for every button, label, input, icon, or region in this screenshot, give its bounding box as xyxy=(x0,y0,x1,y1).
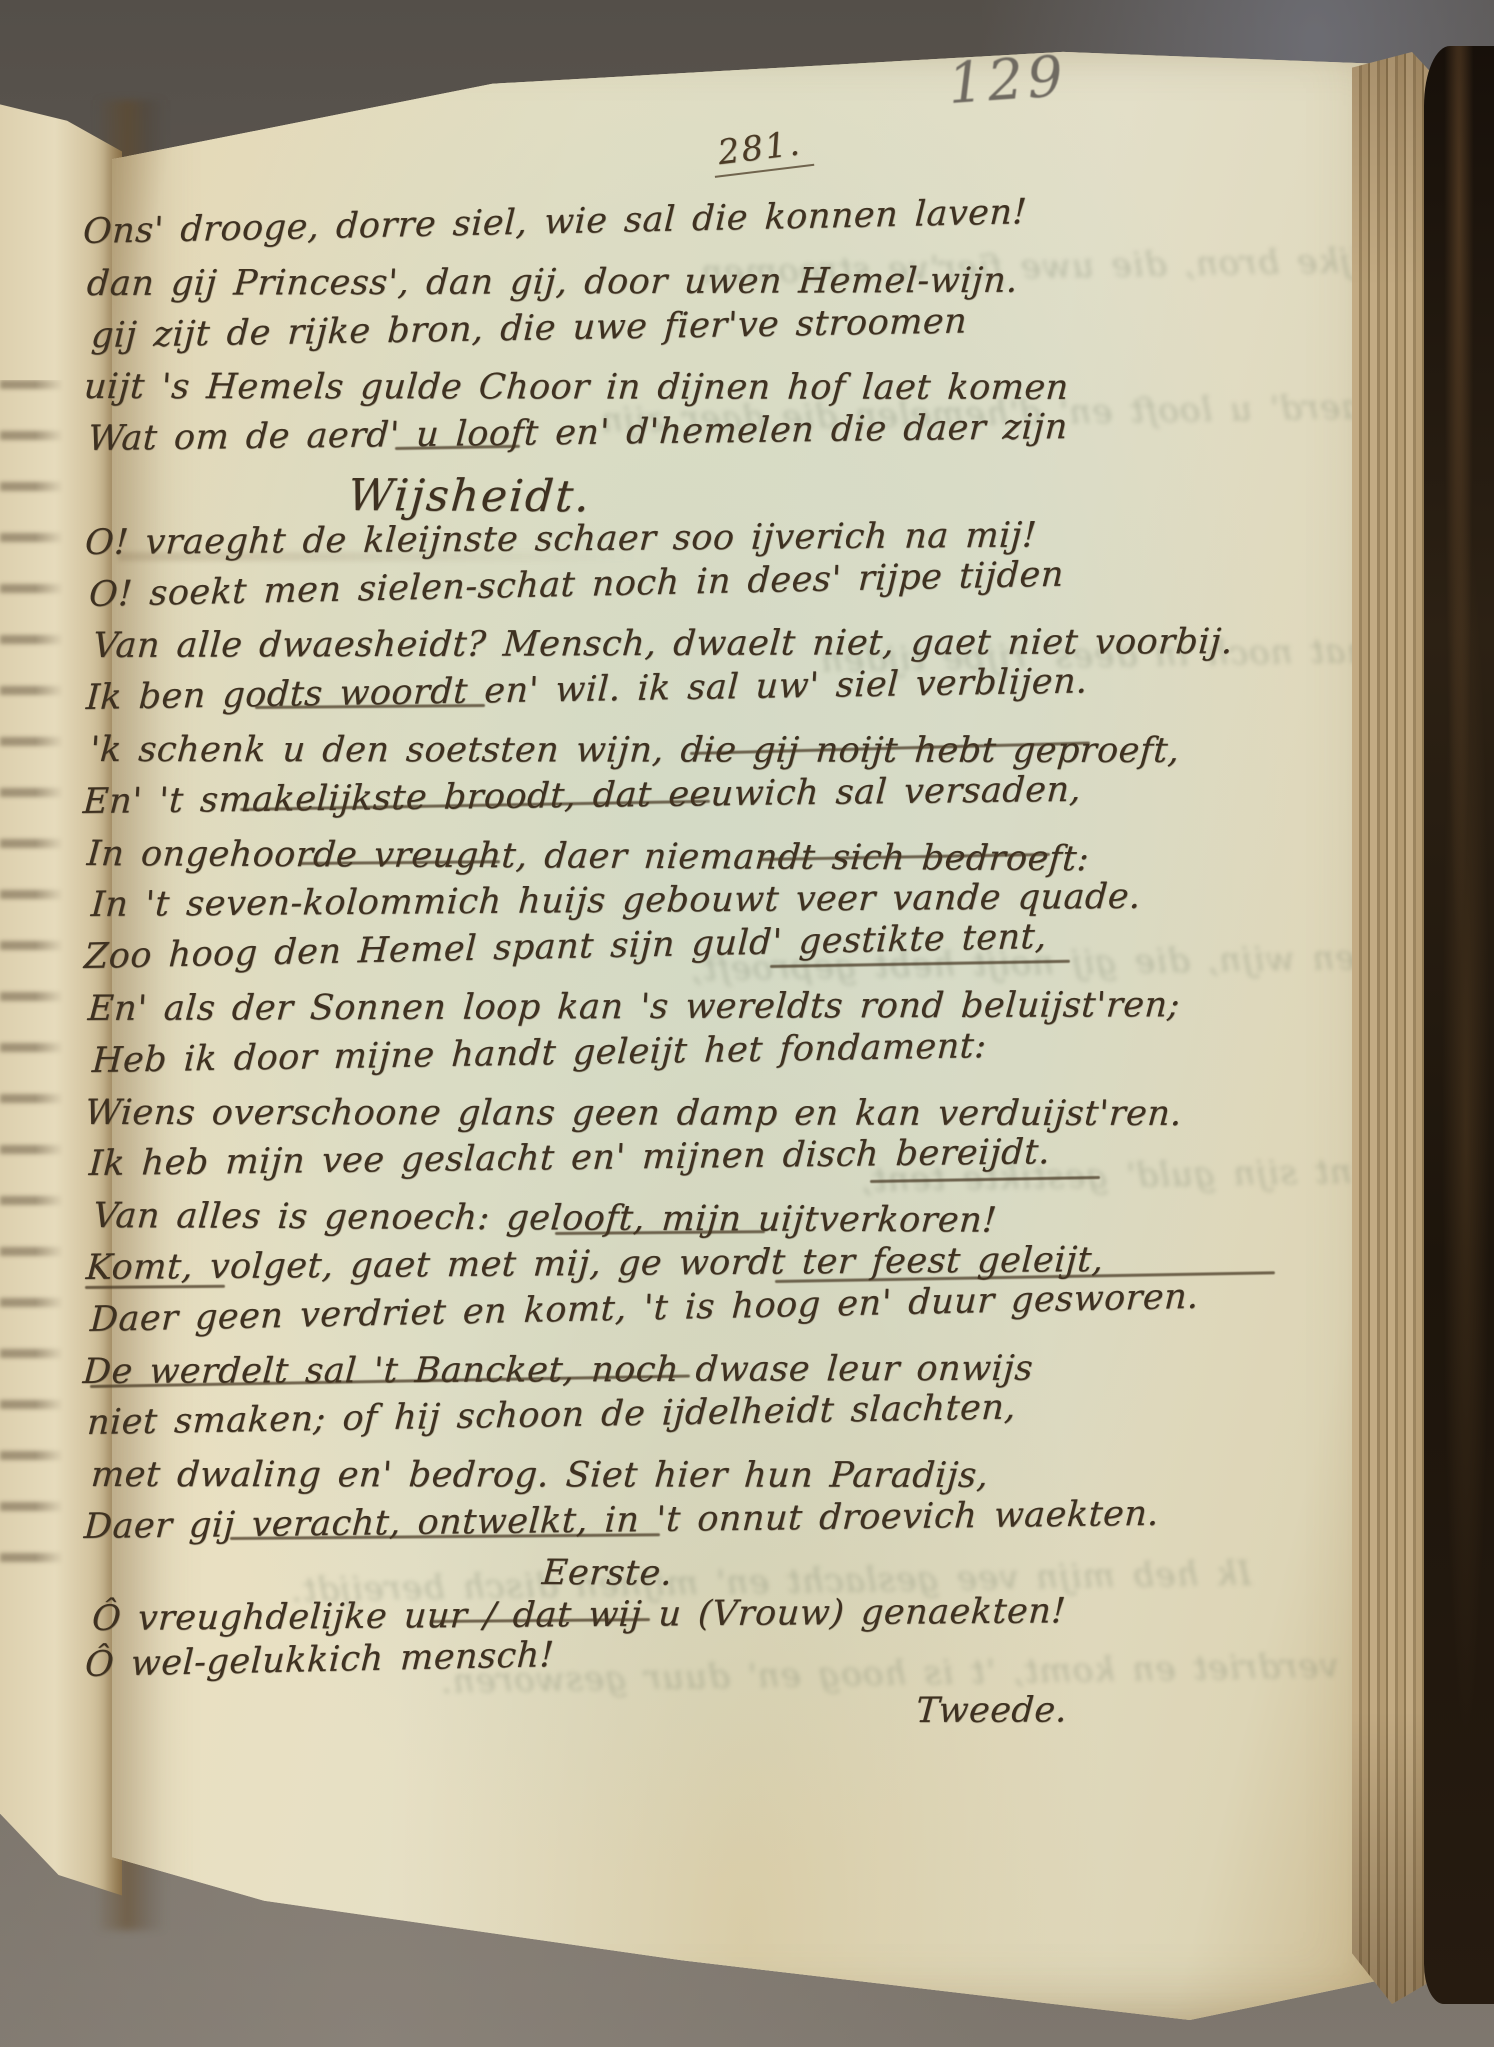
book-cover-leather xyxy=(1424,46,1494,2004)
manuscript-line: met dwaling en' bedrog. Siet hier hun Pa… xyxy=(90,1458,990,1494)
manuscript-line: niet smaken; of hij schoon de ijdelheidt… xyxy=(86,1391,1017,1441)
manuscript-line: Ik ben godts woordt en' wil. ik sal uw' … xyxy=(85,665,1089,717)
poem-text: Ons' drooge, dorre siel, wie sal die kon… xyxy=(0,0,1494,2047)
manuscript-line: O! soekt men sielen-schat noch in dees' … xyxy=(88,557,1064,612)
manuscript-line: Heb ik door mijne handt geleijt het fond… xyxy=(91,1029,987,1079)
manuscript-photo: gij zijt de rijke bron, die uwe fier've … xyxy=(0,0,1494,2047)
manuscript-line: Ô wel-gelukkich mensch! xyxy=(84,1638,555,1683)
manuscript-line: O! vraeght de kleijnste schaer soo ijver… xyxy=(84,518,1038,560)
manuscript-speaker-center: Eerste. xyxy=(541,1556,674,1592)
manuscript-line: Wat om de aerd' u looft en' d'hemelen di… xyxy=(87,410,1069,457)
manuscript-line: gij zijt de rijke bron, die uwe fier've … xyxy=(90,304,968,354)
manuscript-line: uijt 's Hemels gulde Choor in dijnen hof… xyxy=(83,370,1070,406)
manuscript-line: Van alle dwaesheidt? Mensch, dwaelt niet… xyxy=(92,625,1234,664)
manuscript-line: Zoo hoog den Hemel spant sijn guld' gest… xyxy=(83,920,1047,975)
folio-number-pencil: 129 xyxy=(946,44,1069,117)
manuscript-line: Ik heb mijn vee geslacht en' mijnen disc… xyxy=(88,1136,1051,1183)
manuscript-line: Van alles is genoech: gelooft, mijn uijt… xyxy=(92,1199,998,1239)
manuscript-line: Ô vreughdelijke uur / dat wij u (Vrouw) … xyxy=(91,1594,1067,1637)
manuscript-line: Ons' drooge, dorre siel, wie sal die kon… xyxy=(82,195,1028,250)
manuscript-line: Wiens overschoone glans geen damp en kan… xyxy=(84,1096,1183,1132)
manuscript-line: En' als der Sonnen loop kan 's wereldts … xyxy=(87,988,1181,1027)
manuscript-speaker-right: Tweede. xyxy=(915,1693,1069,1729)
manuscript-line: dan gij Princess', dan gij, door uwen He… xyxy=(86,264,1019,302)
manuscript-line: 'k schenk u den soetsten wijn, die gij n… xyxy=(89,733,1181,769)
manuscript-line: Daer geen verdriet en komt, 't is hoog e… xyxy=(89,1280,1199,1338)
manuscript-line: In 't seven-kolommich huijs gebouwt veer… xyxy=(90,880,1142,923)
manuscript-line: En' 't smakelijkste broodt, dat eeuwich … xyxy=(82,773,1082,820)
manuscript-heading: Wijsheidt. xyxy=(346,474,592,519)
